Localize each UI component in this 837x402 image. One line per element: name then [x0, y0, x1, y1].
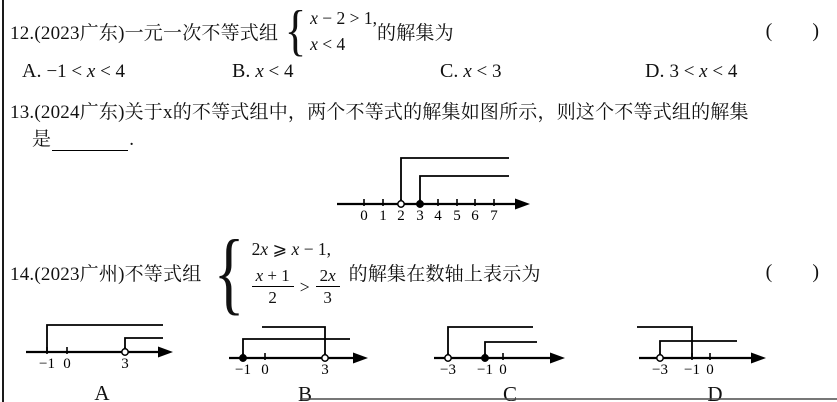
q13-stem: 13.(2024广东)关于x的不等式组中，两个不等式的解集如图所示，则这个不等式…	[10, 97, 749, 124]
q12-option-c: C.x < 3	[440, 60, 502, 83]
svg-text:−1: −1	[684, 362, 700, 375]
q14-choice-d: −3−10 D	[635, 315, 795, 402]
q12-option-b-label: B.	[232, 60, 250, 82]
q14-choice-a-label: A	[22, 381, 182, 402]
q14-fraction-left: x + 1 2	[252, 266, 294, 308]
q12-inequality-1: x − 2 > 1,	[310, 5, 377, 31]
svg-text:−3: −3	[652, 362, 668, 375]
q12-stem-lead: 12.(2023广东)一元一次不等式组	[10, 18, 278, 45]
svg-text:−1: −1	[477, 362, 493, 375]
svg-text:3: 3	[321, 362, 329, 375]
svg-text:0: 0	[360, 208, 368, 224]
q12-inequality-system: x − 2 > 1, x < 4	[310, 5, 377, 58]
page-left-border	[2, 0, 4, 402]
question-14: 14.(2023广州)不等式组 { 2x ⩾ x − 1, x + 1 2 > …	[10, 228, 831, 316]
q13-answer-line: 是 .	[32, 124, 134, 151]
q14-choice-a-number-line: −103	[22, 318, 182, 375]
q14-choice-b-number-line: −103	[225, 315, 385, 380]
q13-number-line-figure: 01234567	[333, 146, 548, 231]
svg-text:0: 0	[63, 356, 71, 370]
q14-choice-c: −3−10 C	[430, 315, 590, 402]
q14-choice-b: −103 B	[225, 315, 385, 402]
q14-inequality-system: 2x ⩾ x − 1, x + 1 2 > 2x 3	[252, 236, 340, 307]
svg-text:0: 0	[706, 362, 714, 375]
svg-text:1: 1	[379, 208, 387, 224]
q14-inequality-1: 2x ⩾ x − 1,	[252, 236, 340, 262]
q14-frac-right-denominator: 3	[323, 287, 332, 308]
svg-text:3: 3	[416, 208, 424, 224]
q12-option-a-value: −1 < x < 4	[46, 61, 125, 82]
q14-frac-left-denominator: 2	[268, 287, 277, 308]
q14-choice-d-number-line: −3−10	[635, 315, 795, 380]
page-bottom-rule	[300, 398, 837, 400]
q12-brace: {	[285, 6, 307, 56]
question-12: 12.(2023广东)一元一次不等式组 { x − 2 > 1, x < 4 的…	[10, 2, 831, 60]
q12-option-d-label: D.	[645, 60, 664, 82]
q14-brace: {	[214, 233, 245, 311]
q14-relation-sign: >	[300, 274, 310, 300]
svg-text:0: 0	[499, 362, 507, 375]
q12-option-a-label: A.	[22, 60, 41, 82]
svg-text:−1: −1	[235, 362, 251, 375]
q12-answer-paren: ( )	[766, 20, 831, 43]
svg-text:4: 4	[434, 208, 442, 224]
q12-option-a: A.−1 < x < 4	[22, 60, 125, 83]
q12-option-b: B.x < 4	[232, 60, 294, 83]
q14-fraction-right: 2x 3	[316, 266, 340, 308]
svg-text:7: 7	[490, 208, 498, 224]
q14-frac-left-numerator: x + 1	[252, 266, 294, 288]
q14-inequality-2: x + 1 2 > 2x 3	[252, 266, 340, 308]
q13-answer-blank	[52, 131, 128, 151]
svg-text:−1: −1	[39, 356, 55, 370]
q14-stem-lead: 14.(2023广州)不等式组	[10, 259, 201, 286]
q12-stem-tail: 的解集为	[377, 18, 454, 45]
svg-text:0: 0	[261, 362, 269, 375]
svg-text:5: 5	[453, 208, 461, 224]
q14-choice-c-number-line: −3−10	[430, 315, 590, 380]
q12-option-d-value: 3 < x < 4	[669, 61, 737, 82]
q12-option-c-label: C.	[440, 60, 458, 82]
q12-option-d: D.3 < x < 4	[645, 60, 737, 83]
worksheet-page: { "doc": { "q12": { "number_lead": "12.(…	[0, 0, 837, 402]
q12-option-b-value: x < 4	[255, 61, 293, 82]
q14-stem-tail: 的解集在数轴上表示为	[349, 259, 541, 286]
q12-option-c-value: x < 3	[463, 61, 501, 82]
q14-choice-a: −103 A	[22, 318, 182, 402]
q12-inequality-2: x < 4	[310, 31, 377, 57]
q13-answer-prefix: 是	[32, 124, 51, 151]
svg-text:6: 6	[471, 208, 479, 224]
svg-text:−3: −3	[440, 362, 456, 375]
svg-text:2: 2	[397, 208, 405, 224]
q13-answer-suffix: .	[129, 129, 134, 151]
q14-frac-right-numerator: 2x	[316, 266, 340, 288]
q14-answer-paren: ( )	[766, 261, 831, 284]
svg-text:3: 3	[121, 356, 129, 370]
